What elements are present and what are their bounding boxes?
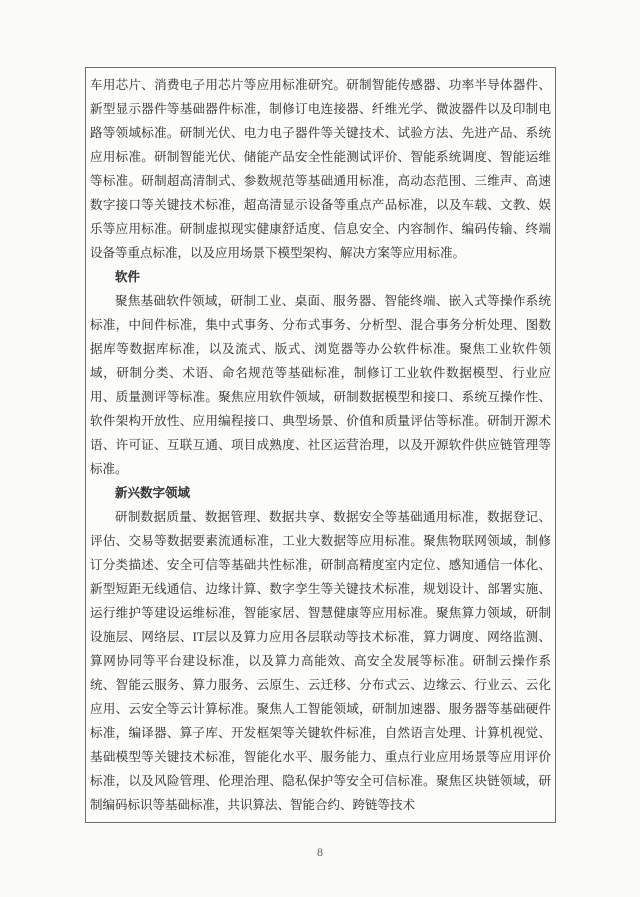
document-page: 车用芯片、消费电子用芯片等应用标准研究。研制智能传感器、功率半导体器件、新型显示… [0, 0, 640, 897]
document-table-cell: 车用芯片、消费电子用芯片等应用标准研究。研制智能传感器、功率半导体器件、新型显示… [85, 67, 556, 823]
paragraph-electronics-standards-continuation: 车用芯片、消费电子用芯片等应用标准研究。研制智能传感器、功率半导体器件、新型显示… [90, 73, 551, 265]
heading-emerging-digital-fields: 新兴数字领域 [90, 481, 551, 505]
page-number: 8 [0, 844, 640, 860]
paragraph-emerging-digital-standards: 研制数据质量、数据管理、数据共享、数据安全等基础通用标准，数据登记、评估、交易等… [90, 505, 551, 817]
heading-software: 软件 [90, 265, 551, 289]
paragraph-software-standards: 聚焦基础软件领域，研制工业、桌面、服务器、智能终端、嵌入式等操作系统标准，中间件… [90, 289, 551, 481]
